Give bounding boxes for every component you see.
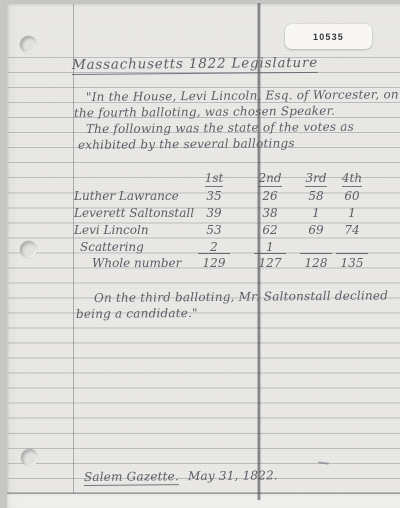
row-name: Scattering [80,240,144,254]
citation: Salem Gazette. May 31, 1822. [84,468,278,484]
paragraph3-line1: On the third balloting, Mr. Saltonstall … [94,288,388,305]
table-row-whole-number: Whole number 129 127 128 135 [0,256,400,272]
vote-cell: 1 [247,240,293,254]
sum-line: 2 [198,240,230,254]
vote-cell: 53 [192,223,236,237]
table-row-scattering: Scattering 2 1 [0,240,400,256]
vote-cell: 135 [329,256,375,270]
vote-cell: 39 [192,206,236,220]
table-row-levi-lincoln: Levi Lincoln 53 62 69 74 [0,223,400,239]
vote-cell: 62 [247,223,293,237]
paragraph2-line1: The following was the state of the votes… [86,120,354,136]
sum-line [336,240,368,254]
citation-source: Salem Gazette. [84,469,179,486]
paragraph1-line1: "In the House, Levi Lincoln, Esq. of Wor… [86,87,399,104]
catalog-number: 10535 [313,32,344,42]
citation-date: May 31, 1822. [188,468,278,483]
col-header-4th-label: 4th [342,171,362,187]
col-header-4th: 4th [329,171,375,185]
page-bottom-edge [7,492,400,494]
col-header-2nd-label: 2nd [258,171,281,187]
col-header-3rd-label: 3rd [305,171,326,187]
table-header-row: 1st 2nd 3rd 4th [0,171,400,187]
punch-hole-top [20,36,37,53]
col-header-1st-label: 1st [205,171,224,187]
vote-cell: 26 [247,189,293,203]
page-title: Massachusetts 1822 Legislature [72,55,318,75]
vote-cell: 127 [247,256,293,270]
vote-cell: 60 [329,189,375,203]
paragraph1-line2: the fourth balloting, was chosen Speaker… [74,104,335,120]
col-header-2nd: 2nd [247,171,293,185]
vote-cell: 1 [329,206,375,220]
catalog-label-sticker: 10535 [285,24,372,49]
vote-cell: 38 [247,206,293,220]
punch-hole-bottom [21,449,38,466]
row-name: Whole number [92,256,181,270]
row-name: Leverett Saltonstall [74,206,194,220]
page-bottom-strip [7,495,400,508]
paragraph3-line2: being a candidate." [76,306,198,321]
vote-cell: 129 [192,256,236,270]
col-header-1st: 1st [192,171,236,185]
sum-line: 1 [254,240,286,254]
row-name: Levi Lincoln [74,223,149,237]
vote-cell: 74 [329,223,375,237]
table-row-leverett-saltonstall: Leverett Saltonstall 39 38 1 1 [0,206,400,222]
scanned-document-page: 10535 Massachusetts 1822 Legislature "In… [0,0,400,508]
row-name: Luther Lawrance [74,189,179,203]
paragraph2-line2: exhibited by the several ballotings [78,136,295,152]
vote-cell: 35 [192,189,236,203]
sum-line [300,240,332,254]
table-row-luther-lawrance: Luther Lawrance 35 26 58 60 [0,189,400,205]
vote-cell [329,240,375,257]
vote-cell: 2 [192,240,236,254]
